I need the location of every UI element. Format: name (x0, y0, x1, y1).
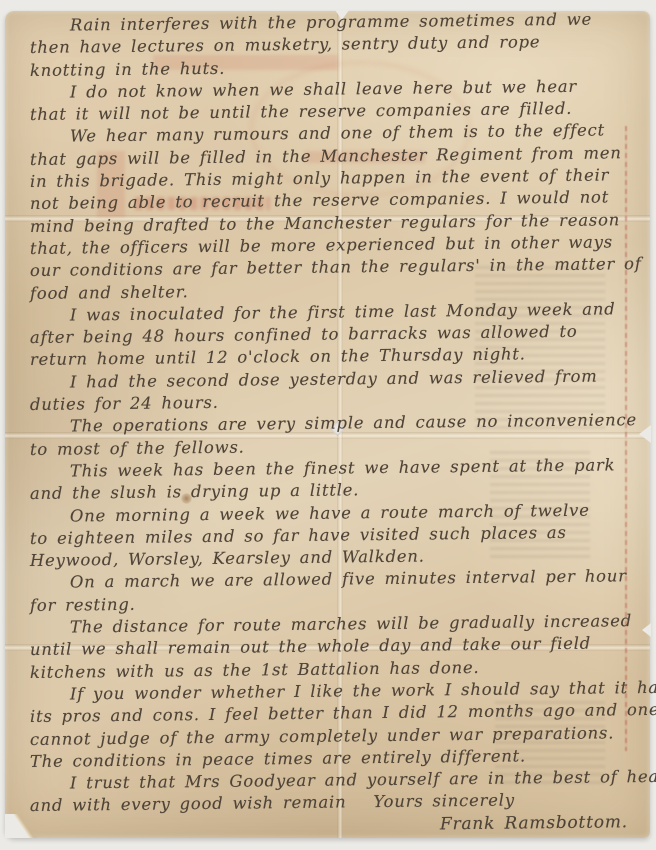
right-edge-tear-2 (642, 623, 651, 637)
letter-body: Rain interferes with the programme somet… (30, 15, 642, 840)
